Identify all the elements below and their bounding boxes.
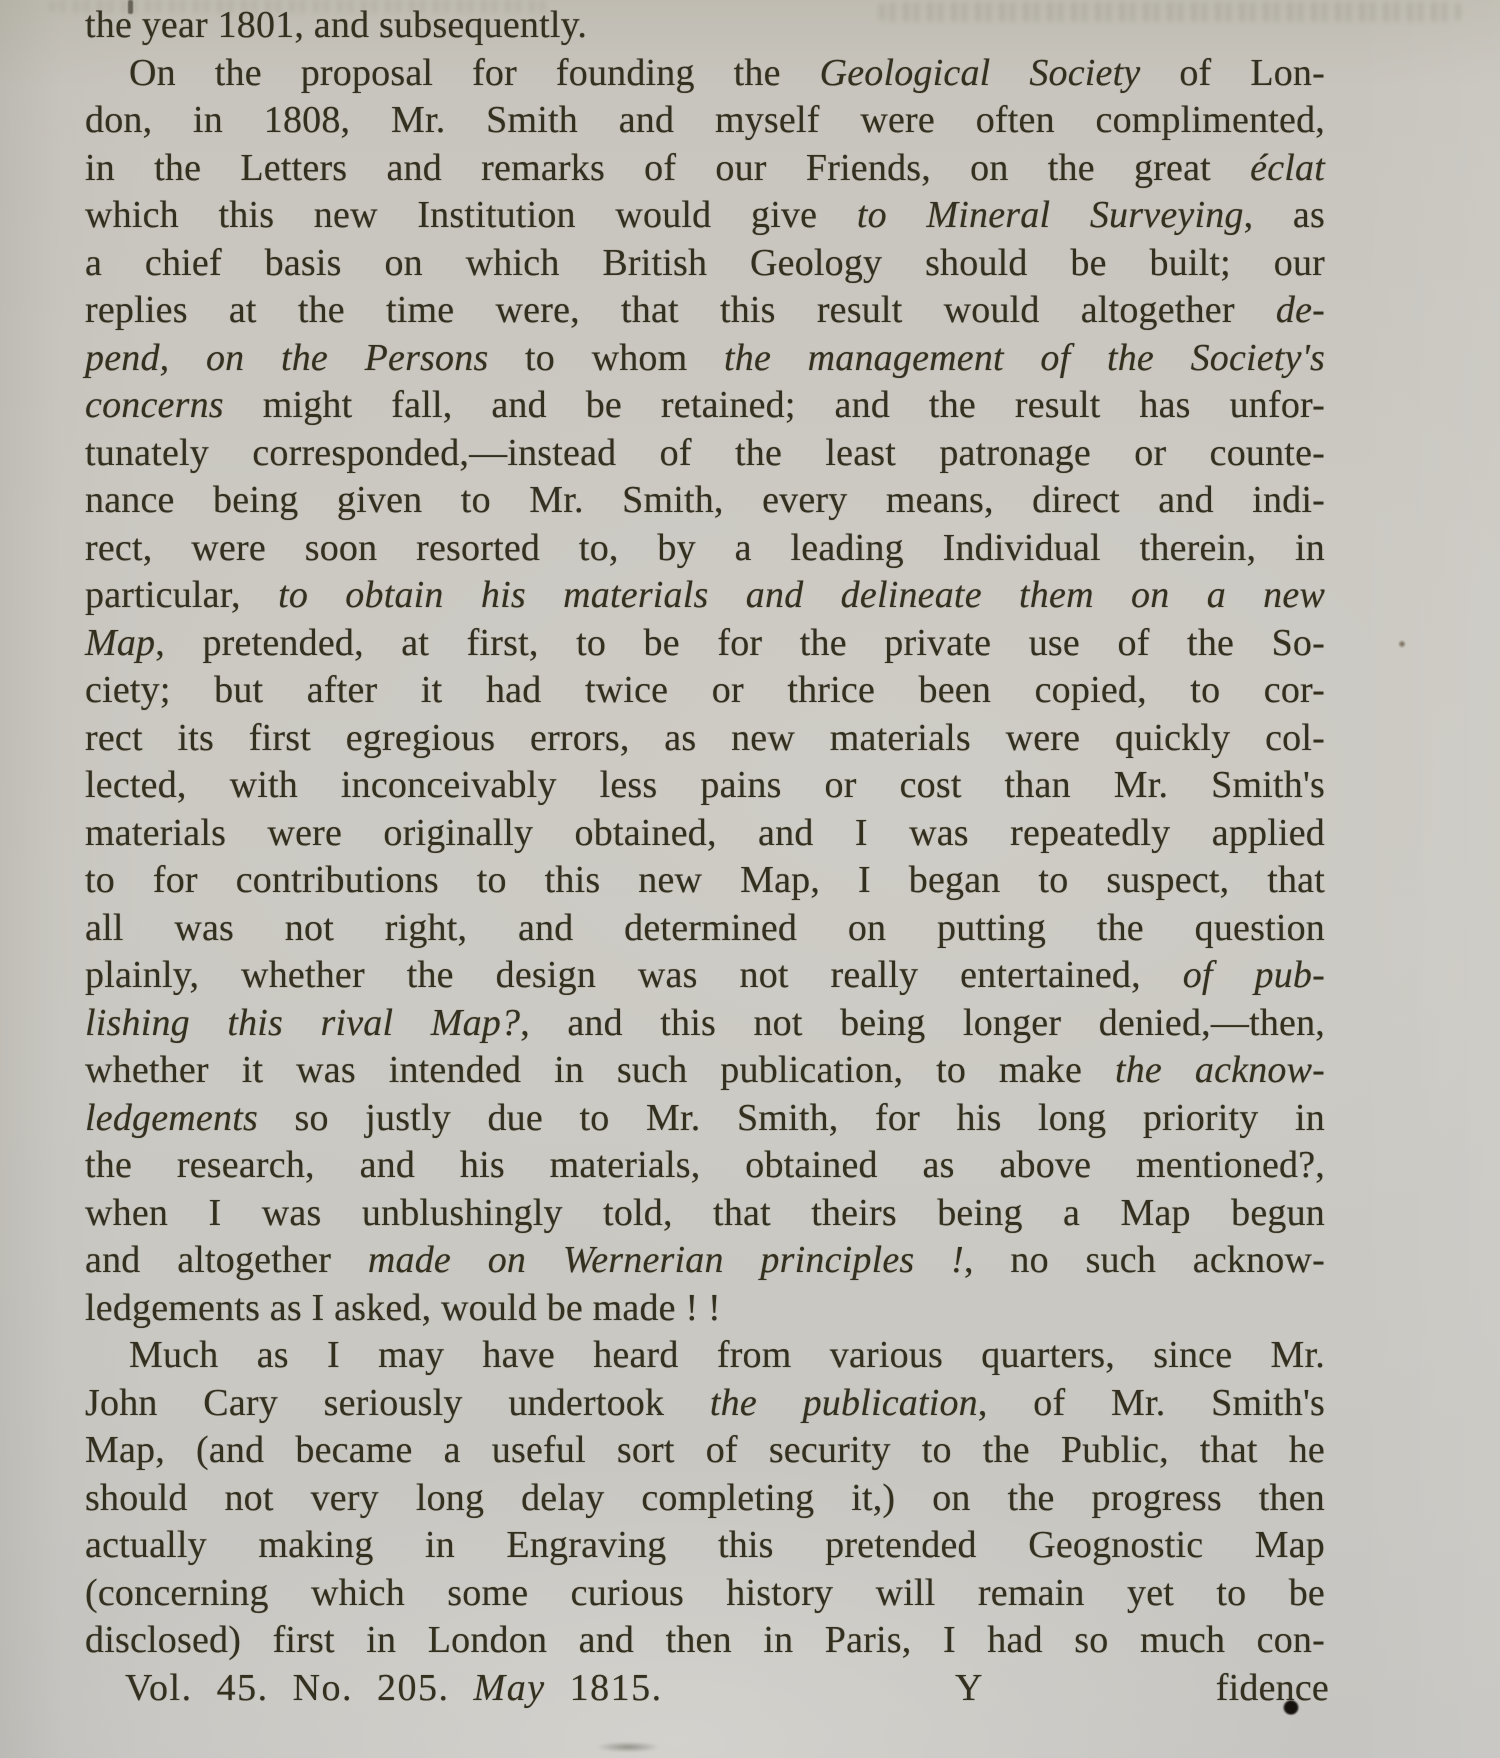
- text-line: (concerning which some curious history w…: [85, 1570, 1325, 1618]
- text-line: nance being given to Mr. Smith, every me…: [85, 477, 1325, 525]
- text-segment: should not very long delay completing it…: [85, 1477, 1325, 1519]
- ink-blot: [1283, 1700, 1299, 1715]
- text-line: a chief basis on which British Geology s…: [85, 240, 1325, 288]
- text-segment: , no such acknow-: [964, 1239, 1325, 1281]
- text-segment: whether it was intended in such publicat…: [85, 1049, 1115, 1091]
- volume-issue-text: Vol. 45. No. 205.: [125, 1667, 474, 1709]
- text-line: plainly, whether the design was not real…: [85, 952, 1325, 1000]
- text-segment: ciety; but after it had twice or thrice …: [85, 669, 1325, 711]
- text-segment: John Cary seriously undertook: [85, 1382, 710, 1424]
- text-line: whether it was intended in such publicat…: [85, 1047, 1325, 1095]
- text-line: the year 1801, and subsequently.: [85, 2, 1325, 50]
- paragraph: Much as I may have heard from various qu…: [85, 1332, 1325, 1665]
- italic-text-segment: Map: [85, 622, 155, 664]
- text-line: should not very long delay completing it…: [85, 1475, 1325, 1523]
- text-segment: disclosed) first in London and then in P…: [85, 1619, 1325, 1661]
- italic-text-segment: Geological Society: [820, 52, 1141, 94]
- text-line: particular, to obtain his materials and …: [85, 572, 1325, 620]
- text-segment: and altogether: [85, 1239, 368, 1281]
- italic-text-segment: lishing this rival Map?: [85, 1002, 520, 1044]
- text-line: don, in 1808, Mr. Smith and myself were …: [85, 97, 1325, 145]
- catchword: fidence: [1216, 1665, 1329, 1713]
- text-segment: so justly due to Mr. Smith, for his long…: [258, 1097, 1325, 1139]
- italic-text-segment: to obtain his materials and delineate th…: [278, 574, 1325, 616]
- paper-speck: [128, 0, 133, 14]
- text-segment: , pretended, at first, to be for the pri…: [155, 622, 1325, 664]
- text-line: all was not right, and determined on put…: [85, 905, 1325, 953]
- text-segment: lected, with inconceivably less pains or…: [85, 764, 1325, 806]
- text-segment: Much as I may have heard from various qu…: [129, 1334, 1325, 1376]
- text-line: in the Letters and remarks of our Friend…: [85, 145, 1325, 193]
- page-footer: Vol. 45. No. 205. May 1815. Y fidence: [85, 1665, 1325, 1713]
- text-segment: particular,: [85, 574, 278, 616]
- text-line: tunately corresponded,—instead of the le…: [85, 430, 1325, 478]
- text-line: rect its first egregious errors, as new …: [85, 715, 1325, 763]
- paper-speck: [598, 1742, 658, 1752]
- paragraph: the year 1801, and subsequently.: [85, 2, 1325, 50]
- text-line: ledgements as I asked, would be made ! !: [85, 1285, 1325, 1333]
- text-segment: of Lon-: [1140, 52, 1325, 94]
- text-segment: Map, (and became a useful sort of securi…: [85, 1429, 1325, 1471]
- text-segment: all was not right, and determined on put…: [85, 907, 1325, 949]
- paper-speck: [1398, 640, 1406, 648]
- text-segment: rect, were soon resorted to, by a leadin…: [85, 527, 1325, 569]
- text-segment: actually making in Engraving this preten…: [85, 1524, 1325, 1566]
- text-line: On the proposal for founding the Geologi…: [85, 50, 1325, 98]
- printer-signature: Y: [955, 1665, 983, 1713]
- text-segment: a chief basis on which British Geology s…: [85, 242, 1325, 284]
- italic-text-segment: the management of the Society's: [724, 337, 1325, 379]
- text-segment: (concerning which some curious history w…: [85, 1572, 1325, 1614]
- page-body: the year 1801, and subsequently.On the p…: [85, 2, 1325, 1665]
- text-line: ciety; but after it had twice or thrice …: [85, 667, 1325, 715]
- text-segment: when I was unblushingly told, that their…: [85, 1192, 1325, 1234]
- italic-text-segment: concerns: [85, 384, 224, 426]
- text-segment: , as: [1244, 194, 1325, 236]
- text-segment: ledgements as I asked, would be made ! !: [85, 1287, 721, 1329]
- italic-text-segment: made on Wernerian principles !: [368, 1239, 964, 1281]
- text-segment: the research, and his materials, obtaine…: [85, 1144, 1325, 1186]
- text-line: actually making in Engraving this preten…: [85, 1522, 1325, 1570]
- text-segment: On the proposal for founding the: [129, 52, 820, 94]
- italic-text-segment: the acknow-: [1115, 1049, 1325, 1091]
- text-segment: don, in 1808, Mr. Smith and myself were …: [85, 99, 1325, 141]
- italic-text-segment: ledgements: [85, 1097, 258, 1139]
- text-line: materials were originally obtained, and …: [85, 810, 1325, 858]
- italic-text-segment: of pub-: [1183, 954, 1325, 996]
- text-line: Much as I may have heard from various qu…: [85, 1332, 1325, 1380]
- text-line: and altogether made on Wernerian princip…: [85, 1237, 1325, 1285]
- month-text: May: [474, 1667, 546, 1709]
- text-line: lishing this rival Map?, and this not be…: [85, 1000, 1325, 1048]
- volume-issue-line: Vol. 45. No. 205. May 1815.: [125, 1665, 663, 1713]
- text-line: rect, were soon resorted to, by a leadin…: [85, 525, 1325, 573]
- text-segment: tunately corresponded,—instead of the le…: [85, 432, 1325, 474]
- text-line: Map, pretended, at first, to be for the …: [85, 620, 1325, 668]
- text-line: which this new Institution would give to…: [85, 192, 1325, 240]
- text-segment: plainly, whether the design was not real…: [85, 954, 1183, 996]
- text-segment: the year 1801, and subsequently.: [85, 4, 587, 46]
- text-segment: , of Mr. Smith's: [978, 1382, 1325, 1424]
- text-segment: materials were originally obtained, and …: [85, 812, 1325, 854]
- text-segment: might fall, and be retained; and the res…: [224, 384, 1325, 426]
- text-segment: in the Letters and remarks of our Friend…: [85, 147, 1250, 189]
- text-segment: to whom: [488, 337, 724, 379]
- text-line: John Cary seriously undertook the public…: [85, 1380, 1325, 1428]
- scanned-book-page: the year 1801, and subsequently.On the p…: [0, 0, 1500, 1758]
- text-segment: rect its first egregious errors, as new …: [85, 717, 1325, 759]
- text-line: ledgements so justly due to Mr. Smith, f…: [85, 1095, 1325, 1143]
- text-segment: which this new Institution would give: [85, 194, 857, 236]
- text-line: the research, and his materials, obtaine…: [85, 1142, 1325, 1190]
- text-segment: , and this not being longer denied,—then…: [520, 1002, 1325, 1044]
- italic-text-segment: the publication: [710, 1382, 978, 1424]
- text-segment: nance being given to Mr. Smith, every me…: [85, 479, 1325, 521]
- text-line: lected, with inconceivably less pains or…: [85, 762, 1325, 810]
- paragraph: On the proposal for founding the Geologi…: [85, 50, 1325, 1333]
- italic-text-segment: éclat: [1250, 147, 1325, 189]
- text-segment: replies at the time were, that this resu…: [85, 289, 1276, 331]
- italic-text-segment: to Mineral Surveying: [857, 194, 1244, 236]
- text-line: concerns might fall, and be retained; an…: [85, 382, 1325, 430]
- text-line: when I was unblushingly told, that their…: [85, 1190, 1325, 1238]
- text-segment: to for contributions to this new Map, I …: [85, 859, 1325, 901]
- italic-text-segment: de-: [1276, 289, 1325, 331]
- text-line: replies at the time were, that this resu…: [85, 287, 1325, 335]
- year-text: 1815.: [546, 1667, 663, 1709]
- text-line: pend, on the Persons to whom the managem…: [85, 335, 1325, 383]
- text-line: disclosed) first in London and then in P…: [85, 1617, 1325, 1665]
- text-line: to for contributions to this new Map, I …: [85, 857, 1325, 905]
- page-footer-block: Vol. 45. No. 205. May 1815. Y fidence: [85, 1664, 1325, 1713]
- italic-text-segment: pend, on the Persons: [85, 337, 488, 379]
- text-line: Map, (and became a useful sort of securi…: [85, 1427, 1325, 1475]
